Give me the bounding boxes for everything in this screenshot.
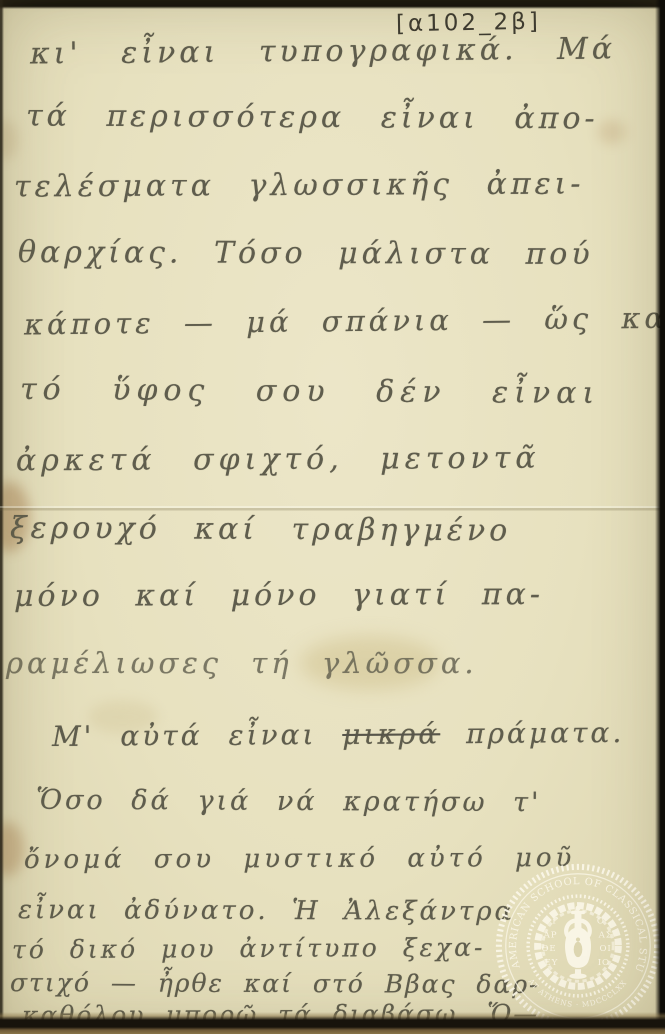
line-text: πράματα. xyxy=(440,716,624,750)
manuscript-line: ξερουχό καί τραβηγμένο xyxy=(10,511,511,549)
archive-code: [α102_2β] xyxy=(396,9,541,38)
line-text: Μ' αὐτά εἶναι xyxy=(52,718,343,753)
amphora-icon xyxy=(564,906,592,979)
svg-text:ΘΕ: ΘΕ xyxy=(541,944,556,954)
struck-word: μικρά xyxy=(342,717,440,751)
letter-page: [α102_2β] κι' εἶναι τυπογραφικά. Μά τά π… xyxy=(0,0,665,1034)
manuscript-line: τό δικό μου ἀντίτυπο ξεχα- xyxy=(12,933,486,964)
manuscript-line: τό ὕφος σου δέν εἶναι xyxy=(20,372,600,411)
embossed-seal: AMERICAN SCHOOL OF CLASSICAL STUDIES AT … xyxy=(492,860,664,1032)
svg-text:ΟΙ: ΟΙ xyxy=(600,944,612,954)
manuscript-line: ραμέλιωσες τή γλῶσσα. xyxy=(6,646,478,680)
svg-text:Ο: Ο xyxy=(597,917,605,927)
manuscript-line: στιχό — ἦρθε καί στό Ββας δαρ- xyxy=(10,968,540,999)
manuscript-line: θαρχίας. Τόσο μάλιστα πού xyxy=(18,235,594,272)
svg-text:Γ: Γ xyxy=(552,917,559,927)
manuscript-line: Ὅσο δά γιά νά κρατήσω τ' xyxy=(36,785,542,819)
manuscript-line: τελέσματα γλωσσικῆς ἀπει- xyxy=(14,167,585,205)
scan-edge-bottom xyxy=(0,1012,665,1034)
manuscript-line: κάποτε — μά σπάνια — ὥς καί xyxy=(24,301,665,342)
manuscript-line: ἀρκετά σφιχτό, μετοντᾶ xyxy=(16,441,541,479)
scan-edge-right xyxy=(655,0,665,1034)
manuscript-line: τά περισσότερα εἶναι ἀπο- xyxy=(26,99,599,137)
manuscript-line-with-strikethrough: Μ' αὐτά εἶναι μικρά πράματα. xyxy=(52,716,625,753)
seal-graphic: AMERICAN SCHOOL OF CLASSICAL STUDIES AT … xyxy=(492,860,664,1032)
manuscript-line: μόνο καί μόνο γιατί πα- xyxy=(14,577,544,614)
svg-text:ΑΡ: ΑΡ xyxy=(543,930,558,940)
svg-text:ΕΥ: ΕΥ xyxy=(545,958,559,968)
manuscript-line: εἶναι ἀδύνατο. Ἡ Ἀλεξάντρα xyxy=(18,895,515,927)
svg-text:ΑΣ: ΑΣ xyxy=(598,930,613,940)
svg-text:ΙΟ: ΙΟ xyxy=(598,958,610,968)
manuscript-line: κι' εἶναι τυπογραφικά. Μά xyxy=(30,31,616,71)
